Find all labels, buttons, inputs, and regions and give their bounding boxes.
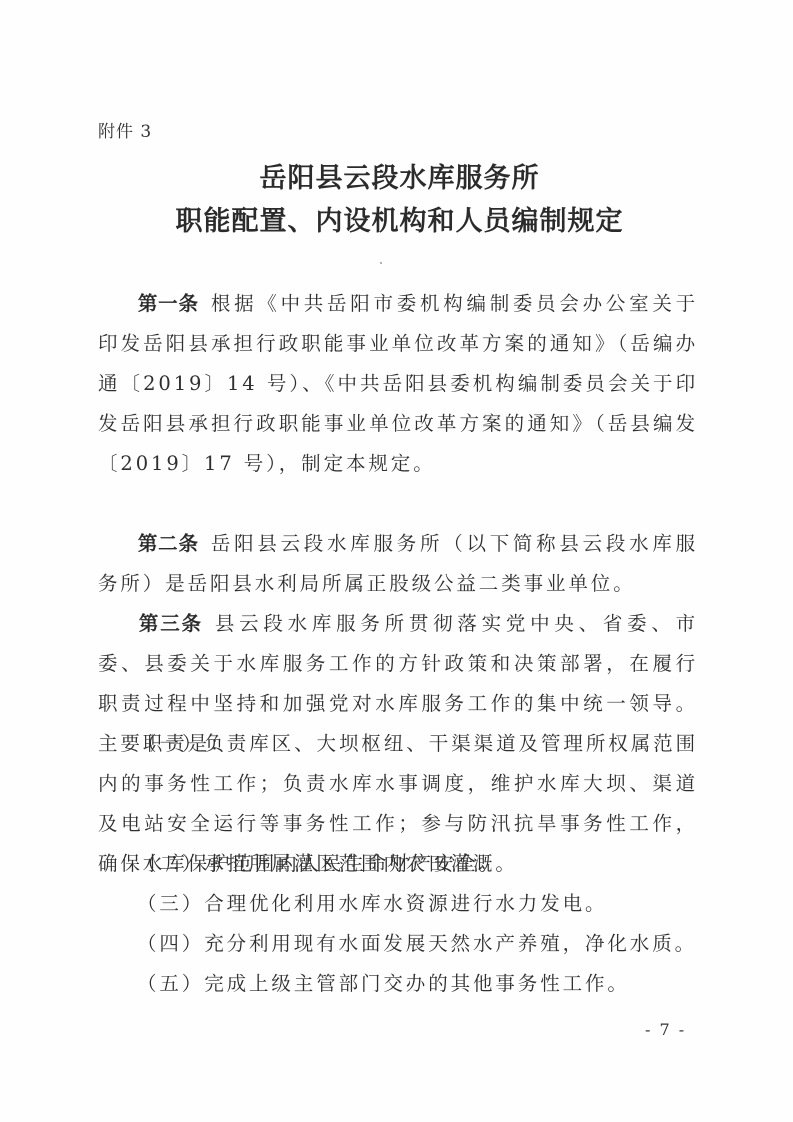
article-label: 第三条 bbox=[137, 612, 203, 635]
duty-text: （四）充分利用现有水面发展天然水产养殖，净化水质。 bbox=[137, 932, 697, 955]
article-2: 第二条岳阳县云段水库服务所（以下简称县云段水库服务所）是岳阳县水利局所属正股级公… bbox=[98, 524, 698, 604]
article-1: 第一条根据《中共岳阳市委机构编制委员会办公室关于印发岳阳县承担行政职能事业单位改… bbox=[98, 284, 698, 484]
attachment-label: 附件 3 bbox=[98, 117, 152, 142]
duty-3: （三）合理优化利用水库水资源进行水力发电。 bbox=[98, 884, 698, 924]
article-text: 根据《中共岳阳市委机构编制委员会办公室关于印发岳阳县承担行政职能事业单位改革方案… bbox=[98, 292, 698, 475]
document-page: 附件 3 岳阳县云段水库服务所 职能配置、内设机构和人员编制规定 第一条根据《中… bbox=[0, 0, 793, 1122]
scan-speck bbox=[380, 262, 382, 264]
duty-text: （三）合理优化利用水库水资源进行水力发电。 bbox=[137, 892, 607, 915]
duty-text: （二）承担所属灌区范围内农田灌溉。 bbox=[137, 852, 518, 875]
document-title-line-2: 职能配置、内设机构和人员编制规定 bbox=[3, 199, 793, 238]
duty-2: （二）承担所属灌区范围内农田灌溉。 bbox=[98, 844, 698, 884]
article-label: 第二条 bbox=[137, 532, 199, 555]
duty-5: （五）完成上级主管部门交办的其他事务性工作。 bbox=[98, 964, 698, 1004]
page-number: - 7 - bbox=[645, 1020, 686, 1039]
duty-4: （四）充分利用现有水面发展天然水产养殖，净化水质。 bbox=[98, 924, 698, 964]
article-label: 第一条 bbox=[137, 292, 199, 315]
duty-text: （五）完成上级主管部门交办的其他事务性工作。 bbox=[137, 972, 630, 995]
document-title-line-1: 岳阳县云段水库服务所 bbox=[3, 156, 793, 195]
